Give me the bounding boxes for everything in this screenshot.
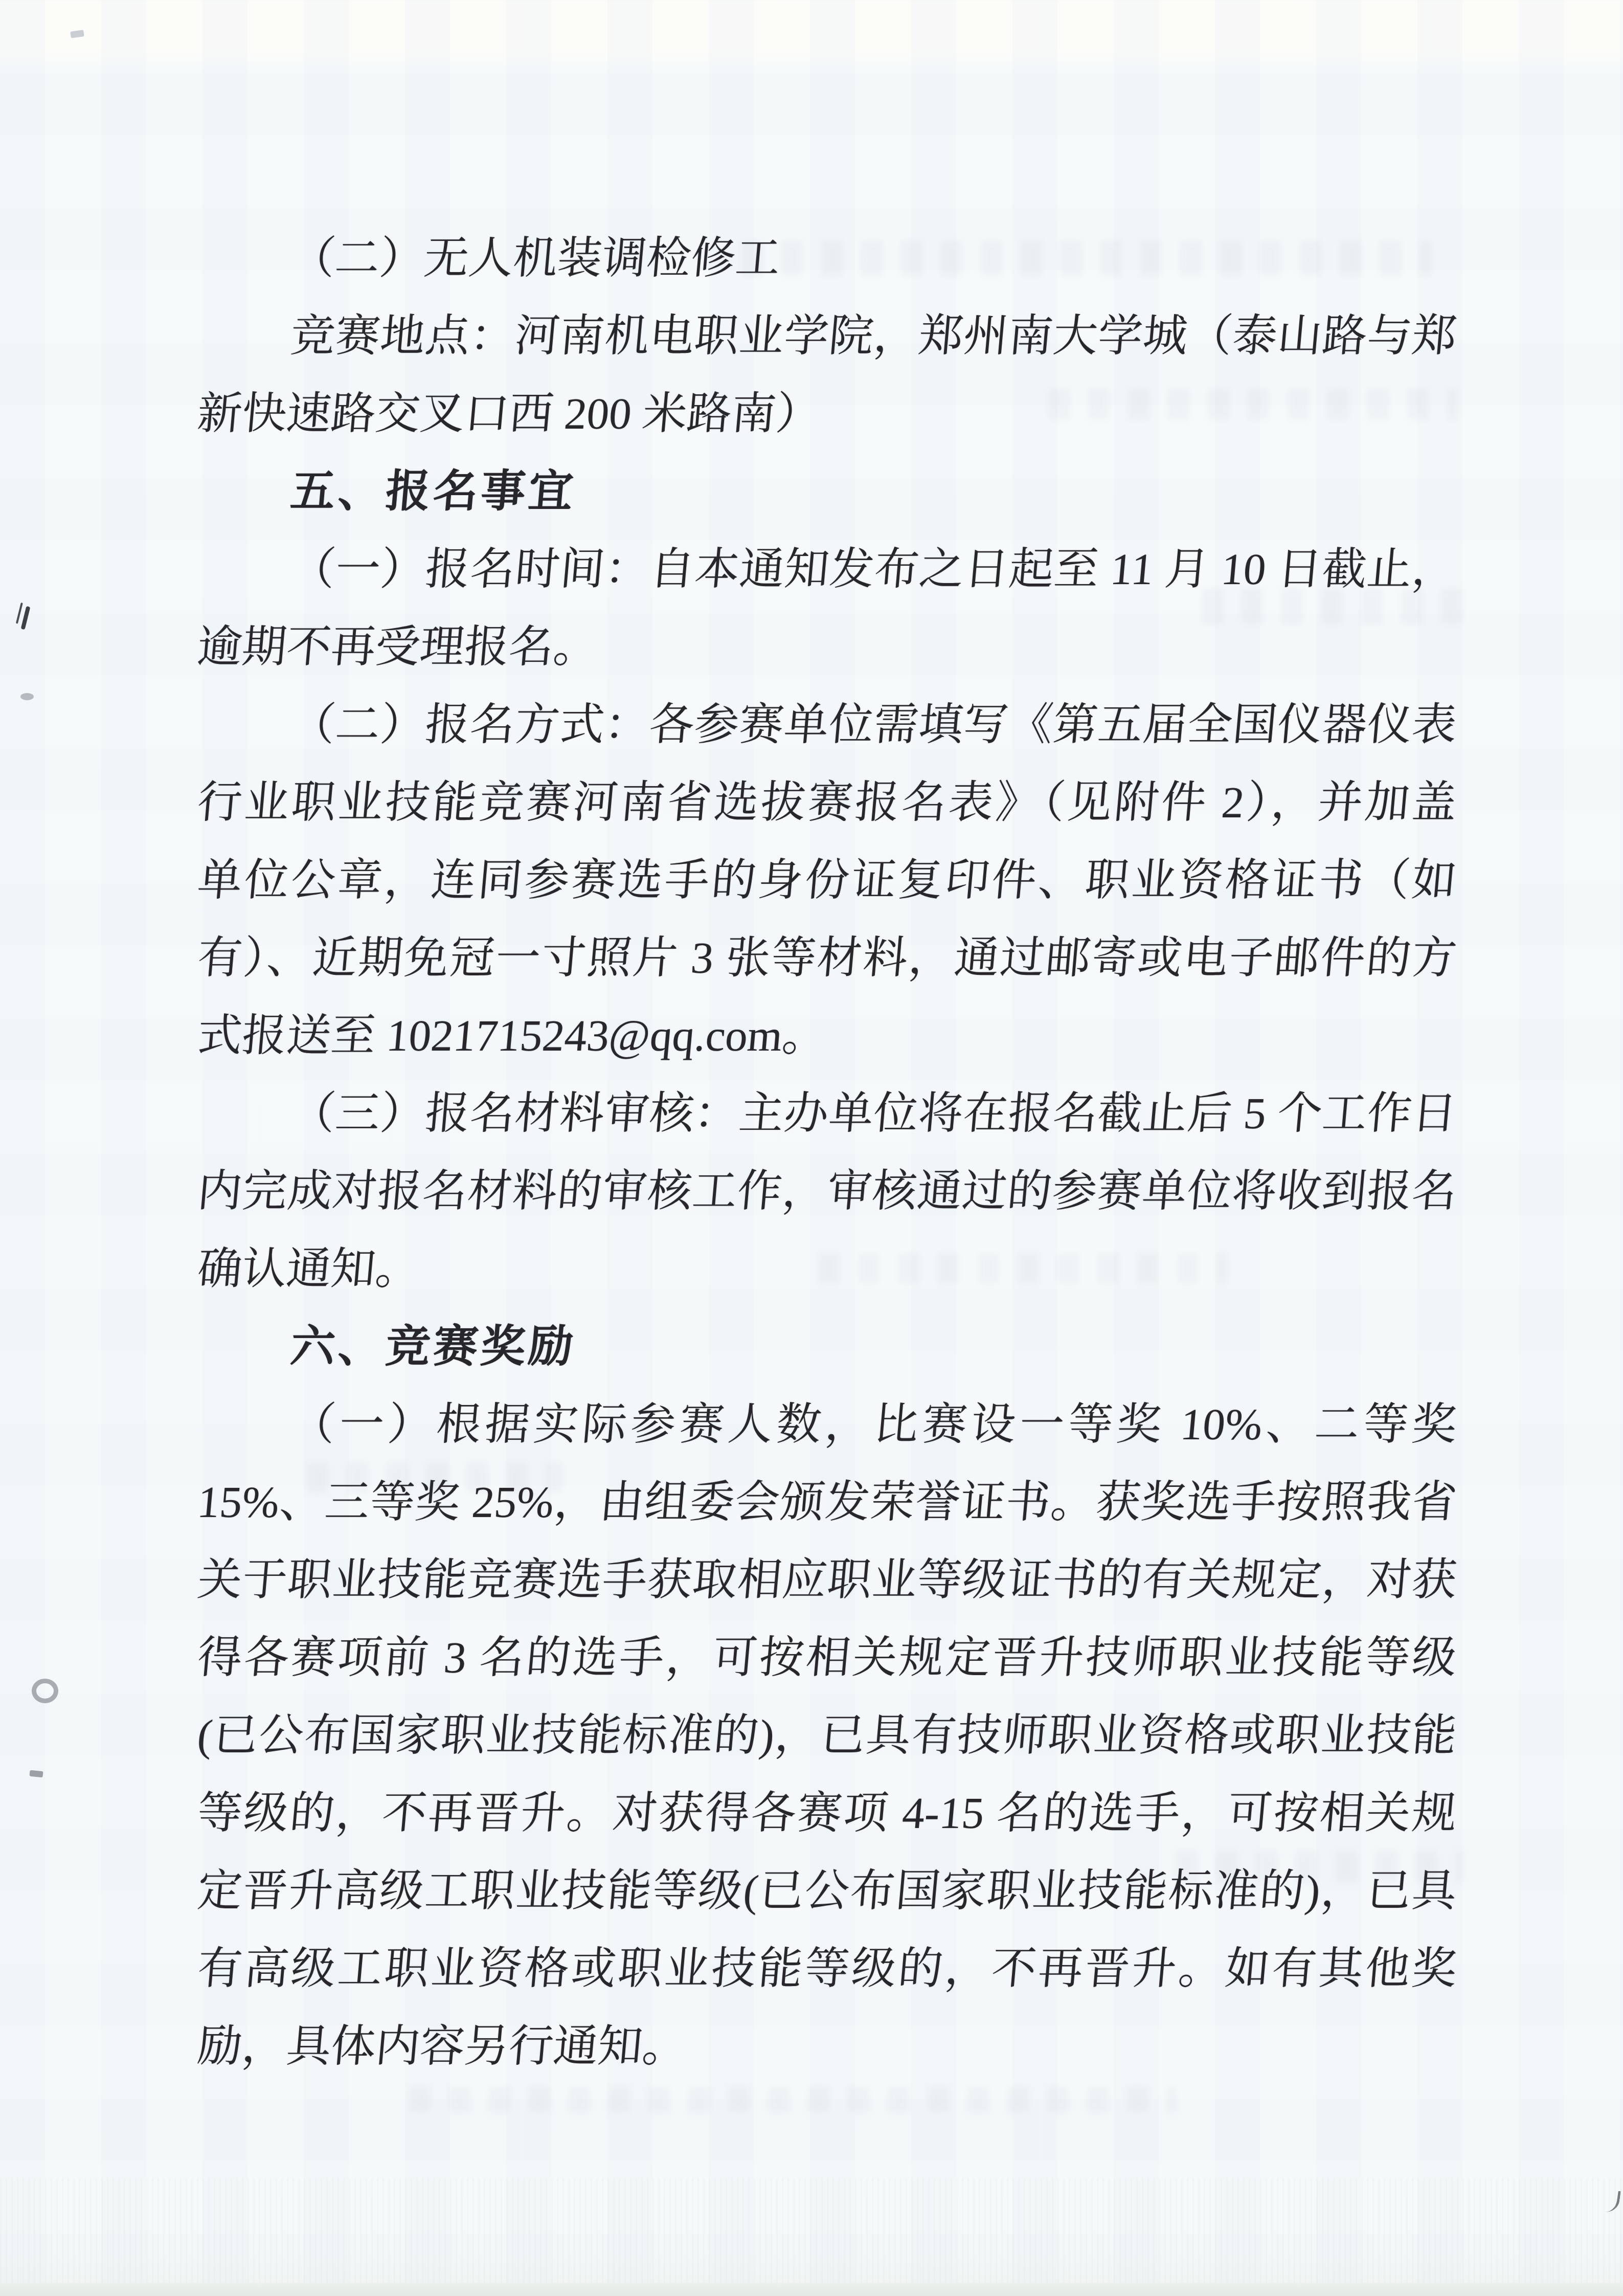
document-text-block: （二）无人机装调检修工 竞赛地点：河南机电职业学院，郑州南大学城（泰山路与郑 新… — [194, 219, 1453, 2085]
text-line: 行业职业技能竞赛河南省选拔赛报名表》（见附件 2），并加盖 — [194, 764, 1460, 841]
text-line: (已公布国家职业技能标准的)，已具有技师职业资格或职业技能 — [194, 1697, 1460, 1774]
section-heading-5: 五、报名事宜 — [194, 453, 1460, 530]
text-line: （一）报名时间：自本通知发布之日起至 11 月 10 日截止， — [194, 530, 1460, 608]
scan-bottom-edge-band — [0, 2283, 1623, 2296]
text-line: 励，具体内容另行通知。 — [194, 2008, 1460, 2085]
text-line: 得各赛项前 3 名的选手，可按相关规定晋升技师职业技能等级 — [194, 1619, 1460, 1697]
text-line: 内完成对报名材料的审核工作，审核通过的参赛单位将收到报名 — [194, 1152, 1460, 1230]
text-line: （二）无人机装调检修工 — [194, 219, 1460, 297]
text-line-email: 式报送至 1021715243@qq.com。 — [194, 997, 1460, 1075]
text-line: 15%、三等奖 25%，由组委会颁发荣誉证书。获奖选手按照我省 — [194, 1463, 1460, 1541]
text-line: 新快速路交叉口西 200 米路南） — [194, 375, 1460, 453]
scanned-page: { "palette": { "paper": "#f7fafb", "pape… — [0, 0, 1623, 2296]
text-line: 有）、近期免冠一寸照片 3 张等材料，通过邮寄或电子邮件的方 — [194, 919, 1460, 997]
text-line: 定晋升高级工职业技能等级(已公布国家职业技能标准的)，已具 — [194, 1852, 1460, 1930]
text-line: 关于职业技能竞赛选手获取相应职业等级证书的有关规定，对获 — [194, 1541, 1460, 1619]
text-line: 确认通知。 — [194, 1230, 1460, 1308]
text-line: （一）根据实际参赛人数，比赛设一等奖 10%、二等奖 — [194, 1386, 1460, 1463]
section-heading-6: 六、竞赛奖励 — [194, 1308, 1460, 1386]
text-line: 逾期不再受理报名。 — [194, 608, 1460, 686]
text-line: 竞赛地点：河南机电职业学院，郑州南大学城（泰山路与郑 — [194, 297, 1460, 375]
text-line: 等级的，不再晋升。对获得各赛项 4-15 名的选手，可按相关规 — [194, 1774, 1460, 1852]
text-line: 有高级工职业资格或职业技能等级的，不再晋升。如有其他奖 — [194, 1930, 1460, 2008]
text-line: （二）报名方式：各参赛单位需填写《第五届全国仪器仪表 — [194, 686, 1460, 764]
text-line: 单位公章，连同参赛选手的身份证复印件、职业资格证书（如 — [194, 841, 1460, 919]
text-line: （三）报名材料审核：主办单位将在报名截止后 5 个工作日 — [194, 1075, 1460, 1152]
scan-bottom-streaks — [0, 2178, 1623, 2296]
